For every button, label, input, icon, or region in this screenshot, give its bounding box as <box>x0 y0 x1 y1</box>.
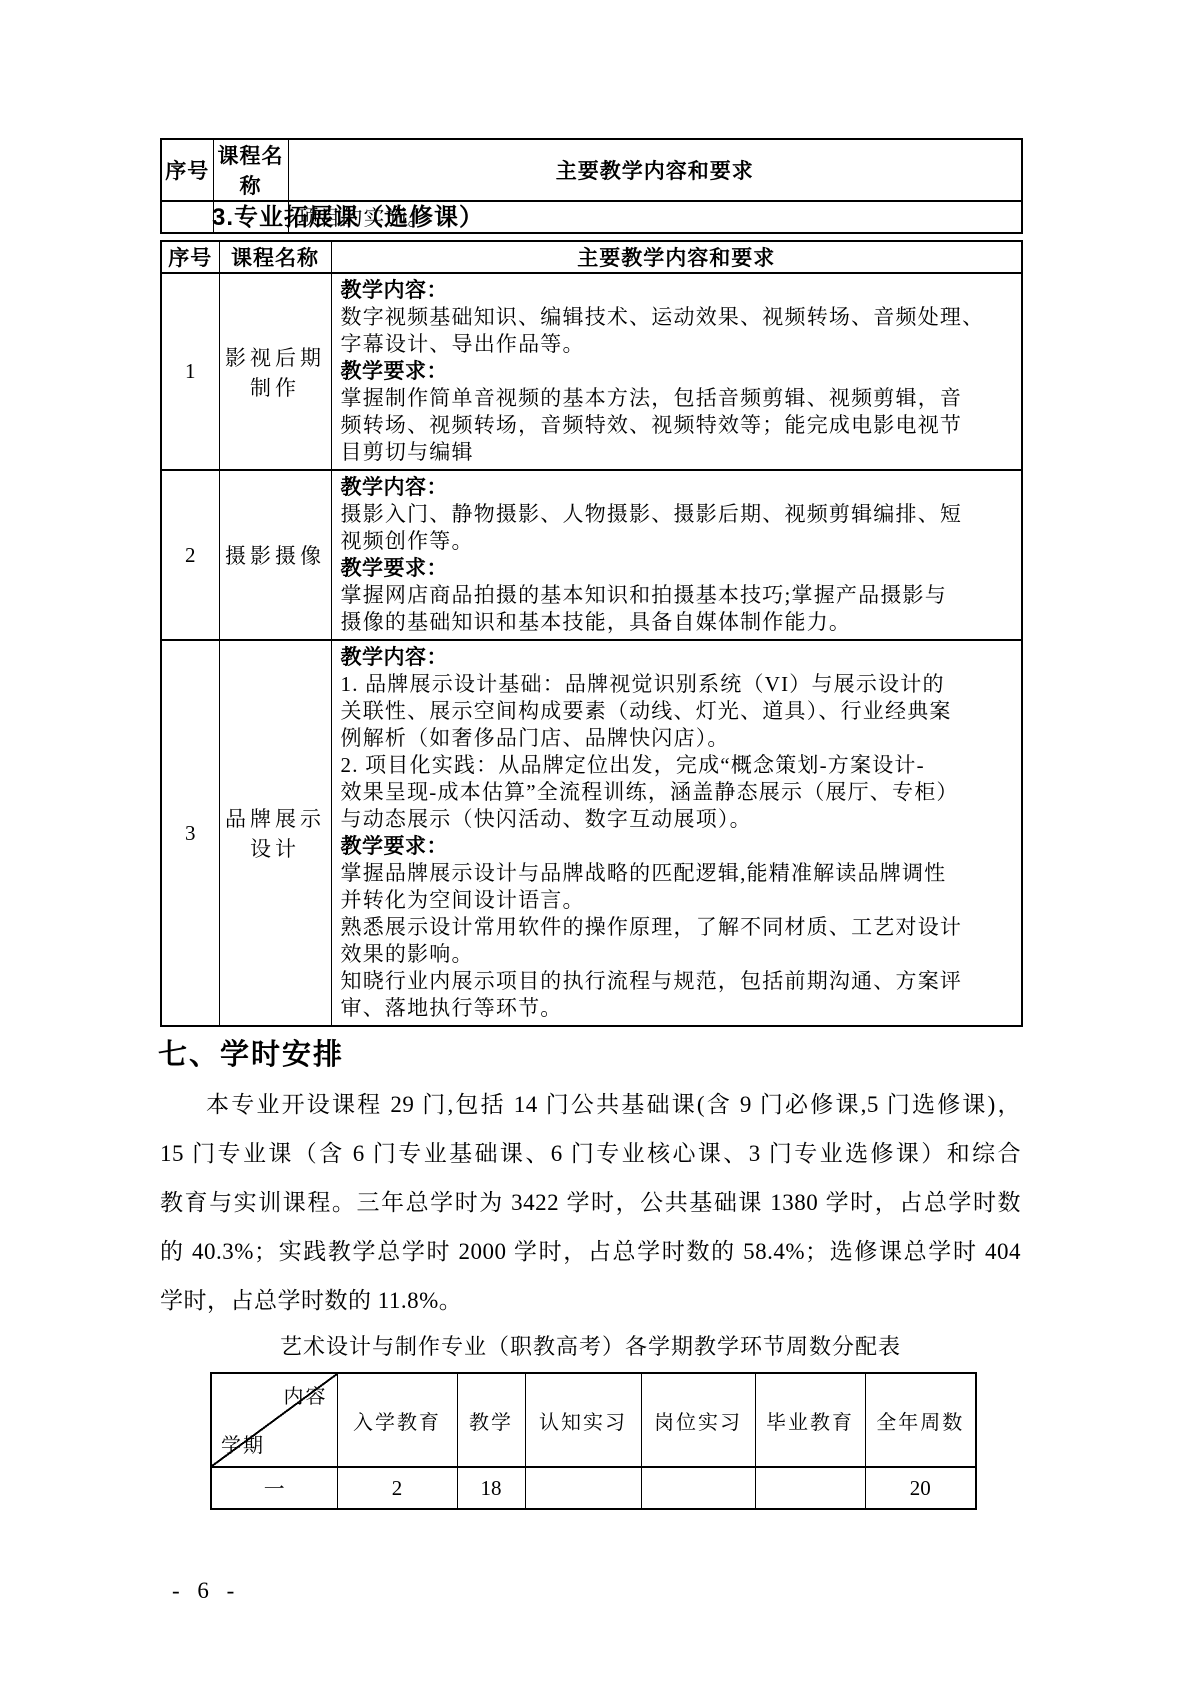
content-line: 熟悉展示设计常用软件的操作原理，了解不同材质、工艺对设计 <box>341 914 1016 941</box>
content-cell: 教学内容：1. 品牌展示设计基础：品牌视觉识别系统（VI）与展示设计的关联性、展… <box>331 640 1022 1026</box>
paragraph-line: 学时，占总学时数的 11.8%。 <box>160 1276 1021 1325</box>
content-cell: 教学内容：摄影入门、静物摄影、人物摄影、摄影后期、视频剪辑编排、短视频创作等。教… <box>331 470 1022 640</box>
corner-cell: 内容学期 <box>211 1373 337 1467</box>
column-header: 主要教学内容和要求 <box>331 241 1022 273</box>
table-header-row: 序号课程名称主要教学内容和要求 <box>161 241 1022 273</box>
row-number-cell <box>161 201 213 233</box>
content-line: 教学内容： <box>341 644 1016 671</box>
table-header-row: 内容学期入学教育教学认知实习岗位实习毕业教育全年周数 <box>211 1373 976 1467</box>
paragraph-line: 15 门专业课（含 6 门专业基础课、6 门专业核心课、3 门专业选修课）和综合 <box>160 1129 1021 1178</box>
content-cell: 教学内容：数字视频基础知识、编辑技术、运动效果、视频转场、音频处理、字幕设计、导… <box>331 273 1022 470</box>
content-line: 知晓行业内展示项目的执行流程与规范，包括前期沟通、方案评 <box>341 968 1016 995</box>
document-page: 序号课程名称主要教学内容和要求项目的实施。 3.专业拓展课（选修课） 序号课程名… <box>0 0 1191 1684</box>
column-header: 课程名称 <box>213 139 288 201</box>
content-line: 例解析（如奢侈品门店、品牌快闪店）。 <box>341 725 1016 752</box>
column-header: 入学教育 <box>337 1373 457 1467</box>
column-header: 毕业教育 <box>755 1373 865 1467</box>
column-header: 序号 <box>161 139 213 201</box>
content-line: 效果的影响。 <box>341 941 1016 968</box>
course-name-cell: 摄影摄像 <box>219 470 331 640</box>
paragraph-line: 的 40.3%；实践教学总学时 2000 学时，占总学时数的 58.4%；选修课… <box>160 1227 1021 1276</box>
content-line: 视频创作等。 <box>341 528 1016 555</box>
content-line: 审、落地执行等环节。 <box>341 995 1016 1022</box>
content-line: 字幕设计、导出作品等。 <box>341 331 1016 358</box>
course-row: 2摄影摄像教学内容：摄影入门、静物摄影、人物摄影、摄影后期、视频剪辑编排、短视频… <box>161 470 1022 640</box>
column-header: 认知实习 <box>525 1373 641 1467</box>
course-name-cell: 品牌展示设计 <box>219 640 331 1026</box>
column-header: 课程名称 <box>219 241 331 273</box>
column-header: 教学 <box>457 1373 525 1467</box>
page-number: - 6 - <box>172 1578 240 1604</box>
semester-weeks-table: 内容学期入学教育教学认知实习岗位实习毕业教育全年周数一21820 <box>210 1372 977 1510</box>
course-name-cell: 影视后期制作 <box>219 273 331 470</box>
content-line: 数字视频基础知识、编辑技术、运动效果、视频转场、音频处理、 <box>341 304 1016 331</box>
value-cell <box>641 1467 755 1509</box>
content-line: 摄像的基础知识和基本技能，具备自媒体制作能力。 <box>341 609 1016 636</box>
section-3-heading: 3.专业拓展课（选修课） <box>212 197 484 232</box>
row-number-cell: 2 <box>161 470 219 640</box>
paragraph-line: 本专业开设课程 29 门,包括 14 门公共基础课(含 9 门必修课,5 门选修… <box>160 1080 1021 1129</box>
row-number-cell: 3 <box>161 640 219 1026</box>
content-line: 教学要求： <box>341 358 1016 385</box>
content-line: 掌握网店商品拍摄的基本知识和拍摄基本技巧;掌握产品摄影与 <box>341 582 1016 609</box>
value-cell <box>755 1467 865 1509</box>
value-cell <box>525 1467 641 1509</box>
content-line: 频转场、视频转场，音频特效、视频特效等；能完成电影电视节 <box>341 412 1016 439</box>
value-cell: 2 <box>337 1467 457 1509</box>
schedule-table-caption: 艺术设计与制作专业（职教高考）各学期教学环节周数分配表 <box>160 1330 1021 1361</box>
table-header-row: 序号课程名称主要教学内容和要求 <box>161 139 1022 201</box>
content-line: 教学要求： <box>341 833 1016 860</box>
course-row: 3品牌展示设计教学内容：1. 品牌展示设计基础：品牌视觉识别系统（VI）与展示设… <box>161 640 1022 1026</box>
semester-row: 一21820 <box>211 1467 976 1509</box>
paragraph-line: 教育与实训课程。三年总学时为 3422 学时，公共基础课 1380 学时，占总学… <box>160 1178 1021 1227</box>
corner-content-label: 内容 <box>284 1380 328 1409</box>
content-line: 关联性、展示空间构成要素（动线、灯光、道具）、行业经典案 <box>341 698 1016 725</box>
value-cell: 18 <box>457 1467 525 1509</box>
corner-semester-label: 学期 <box>221 1429 265 1458</box>
column-header: 主要教学内容和要求 <box>288 139 1022 201</box>
content-line: 与动态展示（快闪活动、数字互动展项）。 <box>341 806 1016 833</box>
content-line: 掌握制作简单音视频的基本方法，包括音频剪辑、视频剪辑，音 <box>341 385 1016 412</box>
content-line: 掌握品牌展示设计与品牌战略的匹配逻辑,能精准解读品牌调性 <box>341 860 1016 887</box>
content-line: 2. 项目化实践：从品牌定位出发，完成“概念策划-方案设计- <box>341 752 1016 779</box>
content-line: 并转化为空间设计语言。 <box>341 887 1016 914</box>
content-line: 教学内容： <box>341 474 1016 501</box>
content-line: 目剪切与编辑 <box>341 439 1016 466</box>
semester-cell: 一 <box>211 1467 337 1509</box>
content-line: 效果呈现-成本估算”全流程训练，涵盖静态展示（展厅、专柜） <box>341 779 1016 806</box>
column-header: 全年周数 <box>865 1373 976 1467</box>
hours-paragraph: 本专业开设课程 29 门,包括 14 门公共基础课(含 9 门必修课,5 门选修… <box>160 1080 1021 1325</box>
column-header: 序号 <box>161 241 219 273</box>
section-7-heading: 七、学时安排 <box>158 1032 344 1073</box>
value-cell: 20 <box>865 1467 976 1509</box>
row-number-cell: 1 <box>161 273 219 470</box>
content-line: 摄影入门、静物摄影、人物摄影、摄影后期、视频剪辑编排、短 <box>341 501 1016 528</box>
content-line: 教学要求： <box>341 555 1016 582</box>
elective-courses-table: 序号课程名称主要教学内容和要求1影视后期制作教学内容：数字视频基础知识、编辑技术… <box>160 240 1023 1027</box>
course-row: 1影视后期制作教学内容：数字视频基础知识、编辑技术、运动效果、视频转场、音频处理… <box>161 273 1022 470</box>
content-line: 1. 品牌展示设计基础：品牌视觉识别系统（VI）与展示设计的 <box>341 671 1016 698</box>
content-line: 教学内容： <box>341 277 1016 304</box>
column-header: 岗位实习 <box>641 1373 755 1467</box>
